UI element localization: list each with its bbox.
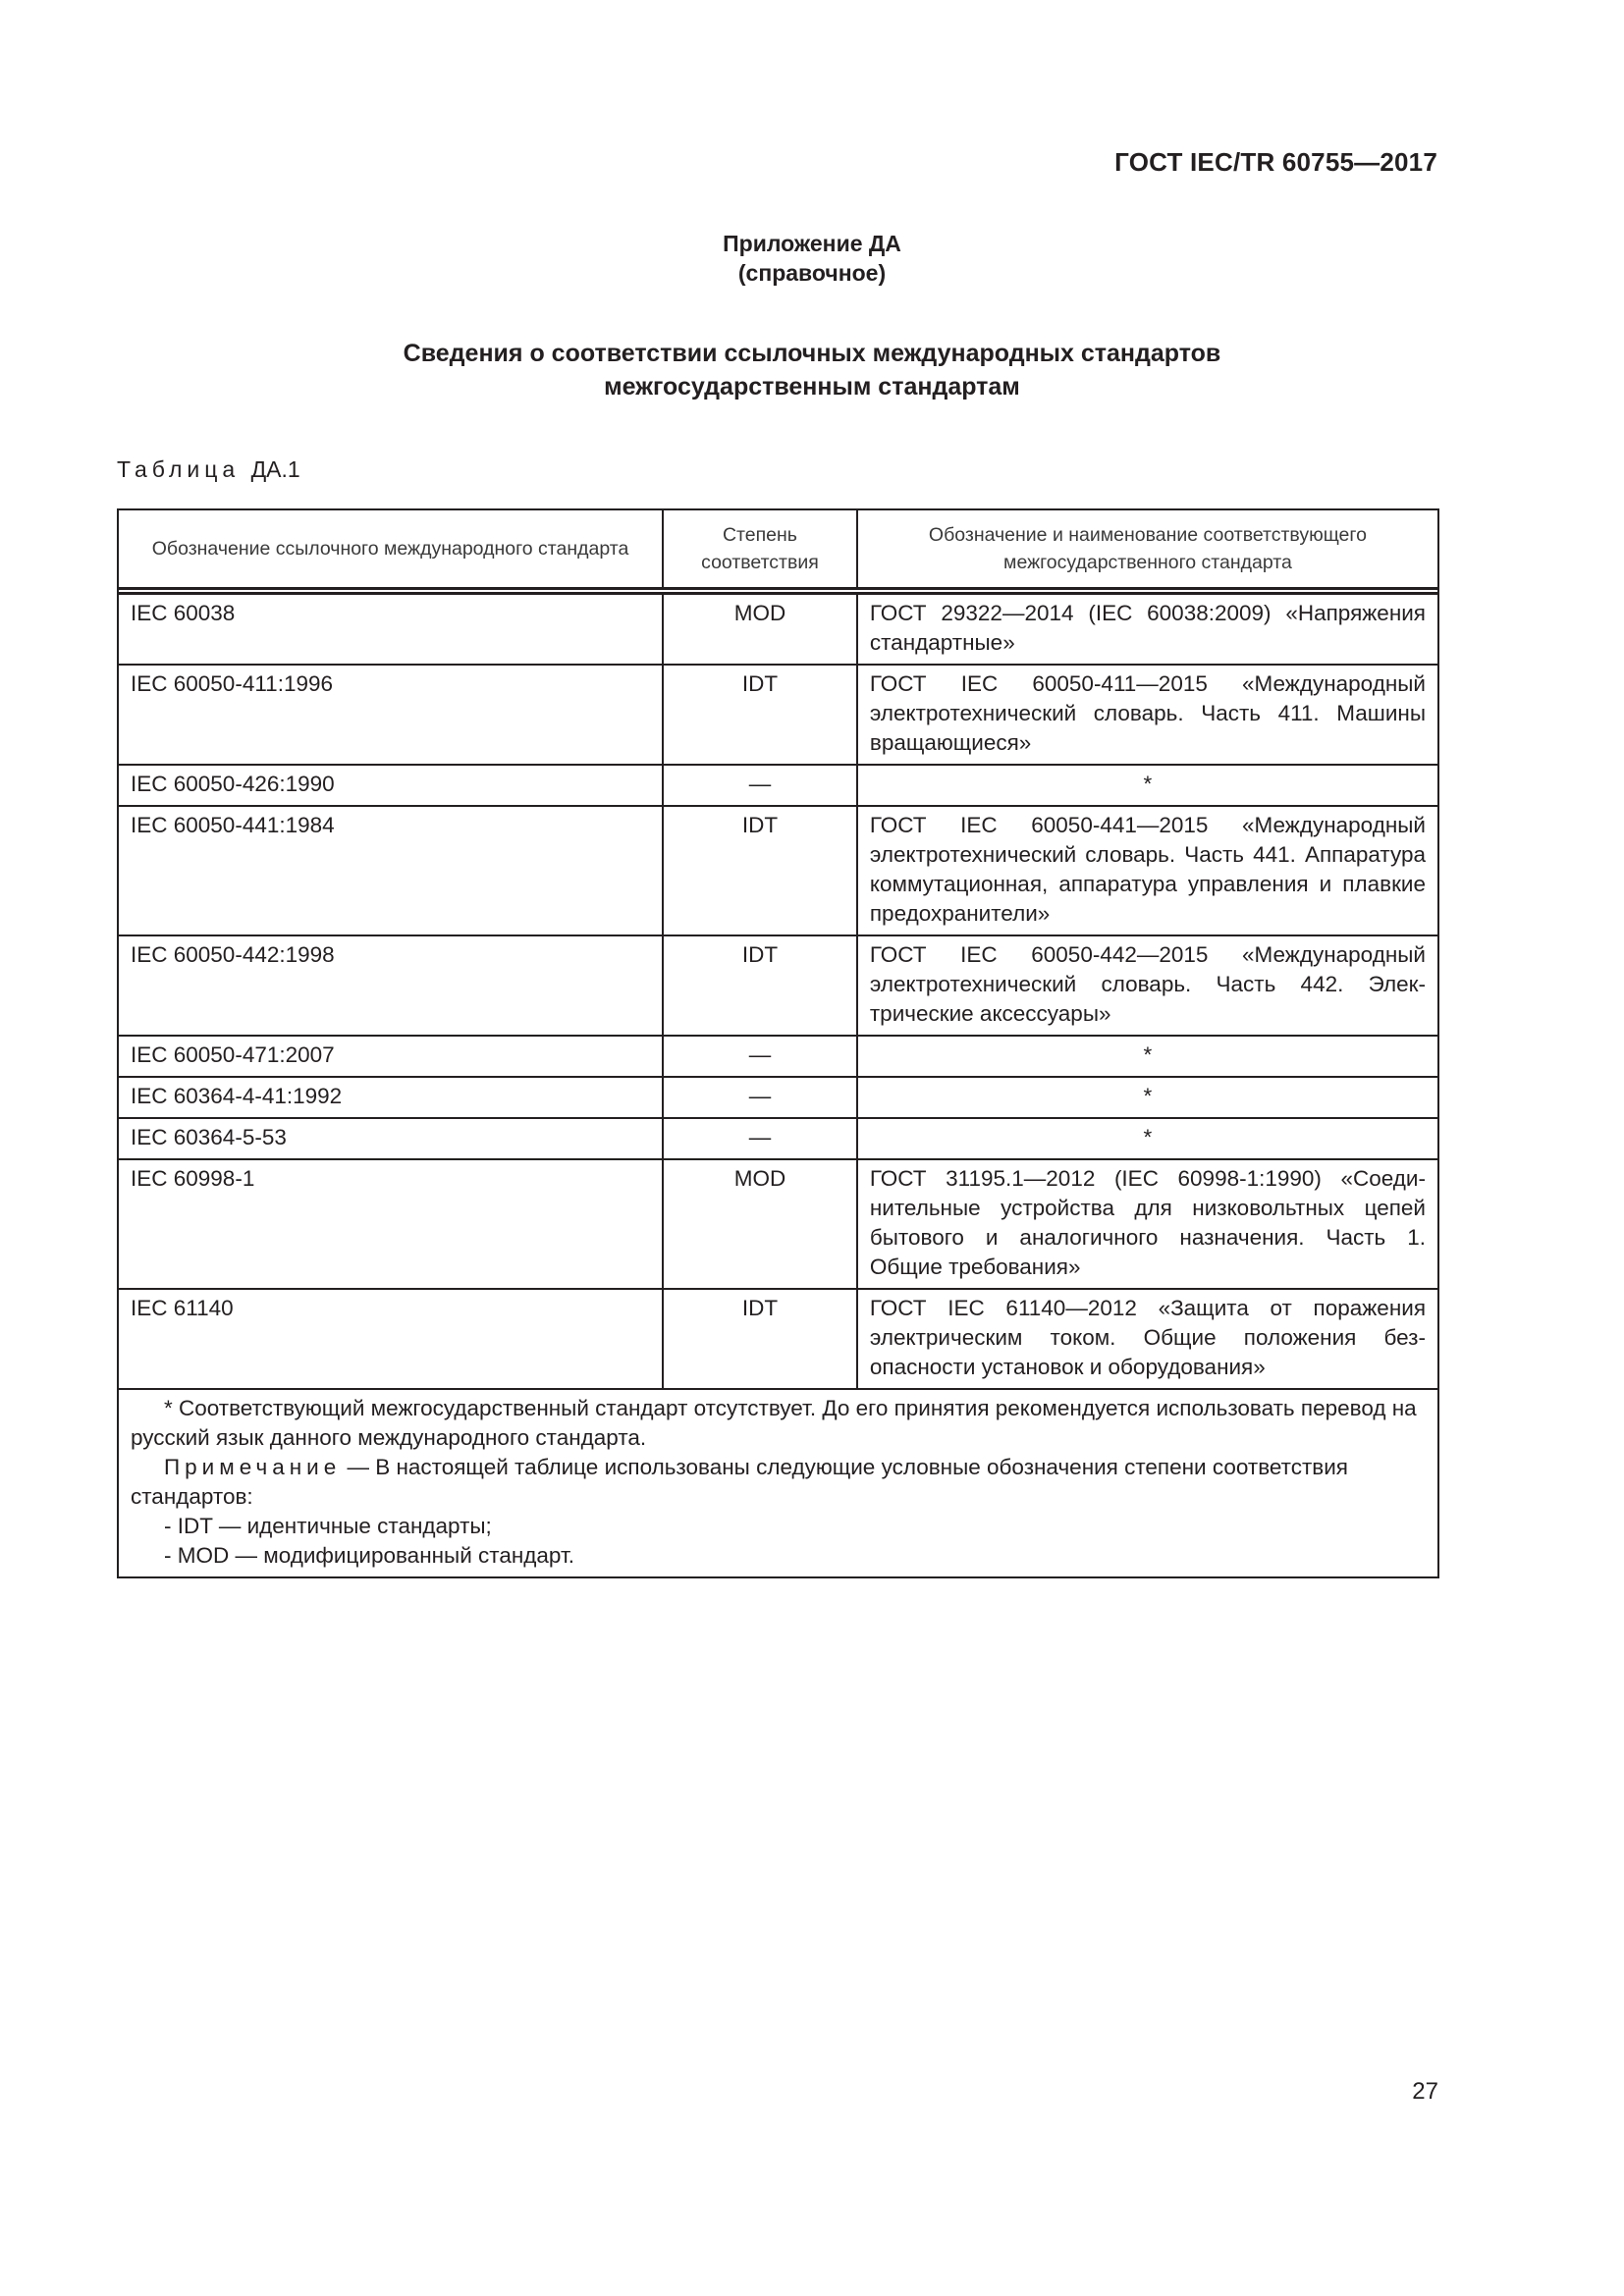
table-row: IEC 61140 IDT ГОСТ IEC 61140—2012 «Защит… — [118, 1289, 1438, 1389]
table-row: IEC 60998-1 MOD ГОСТ 31195.1—2012 (IEC 6… — [118, 1159, 1438, 1289]
cell-degree: IDT — [663, 665, 857, 765]
section-title-line-1: Сведения о соответствии ссылочных междун… — [0, 337, 1624, 370]
note-label: Примечание — [164, 1455, 341, 1479]
cell-degree: — — [663, 1118, 857, 1159]
footnote: * Соответствующий межгосударственный ста… — [131, 1394, 1426, 1453]
table-notes: * Соответствующий межгосударственный ста… — [118, 1389, 1438, 1577]
cell-gost: * — [857, 1118, 1438, 1159]
cell-standard: IEC 61140 — [118, 1289, 663, 1389]
table-row: IEC 60364-5-53 — * — [118, 1118, 1438, 1159]
correspondence-table: Обозначение ссылочного международного ст… — [117, 508, 1439, 1578]
note: Примечание — В настоящей таблице использ… — [131, 1453, 1426, 1512]
legend-item-idt: - IDT — идентичные стандарты; — [131, 1512, 1426, 1541]
table-notes-row: * Соответствующий межгосударственный ста… — [118, 1389, 1438, 1577]
page-number: 27 — [1412, 2078, 1438, 2106]
table-row: IEC 60364-4-41:1992 — * — [118, 1077, 1438, 1118]
cell-gost: ГОСТ 31195.1—2012 (IEC 60998-1:1990) «Со… — [857, 1159, 1438, 1289]
table-row: IEC 60050-426:1990 — * — [118, 765, 1438, 806]
table-row: IEC 60050-471:2007 — * — [118, 1036, 1438, 1077]
cell-standard: IEC 60050-441:1984 — [118, 806, 663, 935]
legend-item-mod: - MOD — модифицированный стандарт. — [131, 1541, 1426, 1571]
cell-degree: — — [663, 1077, 857, 1118]
cell-degree: IDT — [663, 935, 857, 1036]
cell-degree: IDT — [663, 1289, 857, 1389]
cell-gost: ГОСТ IEC 61140—2012 «Защита от поражения… — [857, 1289, 1438, 1389]
cell-standard: IEC 60050-442:1998 — [118, 935, 663, 1036]
cell-gost: ГОСТ 29322—2014 (IEC 60038:2009) «Напряж… — [857, 594, 1438, 666]
column-header-degree: Степень соответствия — [663, 509, 857, 589]
table-caption: Таблица ДА.1 — [117, 456, 300, 483]
table-caption-label: Таблица — [117, 456, 240, 482]
table-caption-number: ДА.1 — [251, 456, 300, 482]
cell-standard: IEC 60050-426:1990 — [118, 765, 663, 806]
appendix-title: Приложение ДА — [0, 229, 1624, 258]
cell-standard: IEC 60364-5-53 — [118, 1118, 663, 1159]
cell-standard: IEC 60998-1 — [118, 1159, 663, 1289]
table-row: IEC 60050-442:1998 IDT ГОСТ IEC 60050-44… — [118, 935, 1438, 1036]
cell-degree: IDT — [663, 806, 857, 935]
section-title: Сведения о соответствии ссылочных междун… — [0, 337, 1624, 403]
cell-standard: IEC 60038 — [118, 594, 663, 666]
appendix-heading: Приложение ДА (справочное) — [0, 229, 1624, 288]
column-header-gost: Обозначение и наименование соответствующ… — [857, 509, 1438, 589]
cell-gost: * — [857, 765, 1438, 806]
cell-standard: IEC 60050-471:2007 — [118, 1036, 663, 1077]
cell-gost: * — [857, 1077, 1438, 1118]
cell-gost: * — [857, 1036, 1438, 1077]
table-header-row: Обозначение ссылочного международного ст… — [118, 509, 1438, 589]
cell-standard: IEC 60364-4-41:1992 — [118, 1077, 663, 1118]
table-row: IEC 60038 MOD ГОСТ 29322—2014 (IEC 60038… — [118, 594, 1438, 666]
cell-degree: — — [663, 765, 857, 806]
cell-degree: MOD — [663, 1159, 857, 1289]
cell-standard: IEC 60050-411:1996 — [118, 665, 663, 765]
appendix-subtitle: (справочное) — [0, 258, 1624, 288]
table-row: IEC 60050-411:1996 IDT ГОСТ IEC 60050-41… — [118, 665, 1438, 765]
cell-degree: — — [663, 1036, 857, 1077]
cell-gost: ГОСТ IEC 60050-442—2015 «Международный э… — [857, 935, 1438, 1036]
cell-gost: ГОСТ IEC 60050-441—2015 «Международный э… — [857, 806, 1438, 935]
document-code: ГОСТ IEC/TR 60755—2017 — [1114, 147, 1437, 178]
column-header-standard: Обозначение ссылочного международного ст… — [118, 509, 663, 589]
cell-gost: ГОСТ IEC 60050-411—2015 «Международный э… — [857, 665, 1438, 765]
cell-degree: MOD — [663, 594, 857, 666]
table-row: IEC 60050-441:1984 IDT ГОСТ IEC 60050-44… — [118, 806, 1438, 935]
section-title-line-2: межгосударственным стандартам — [0, 370, 1624, 403]
